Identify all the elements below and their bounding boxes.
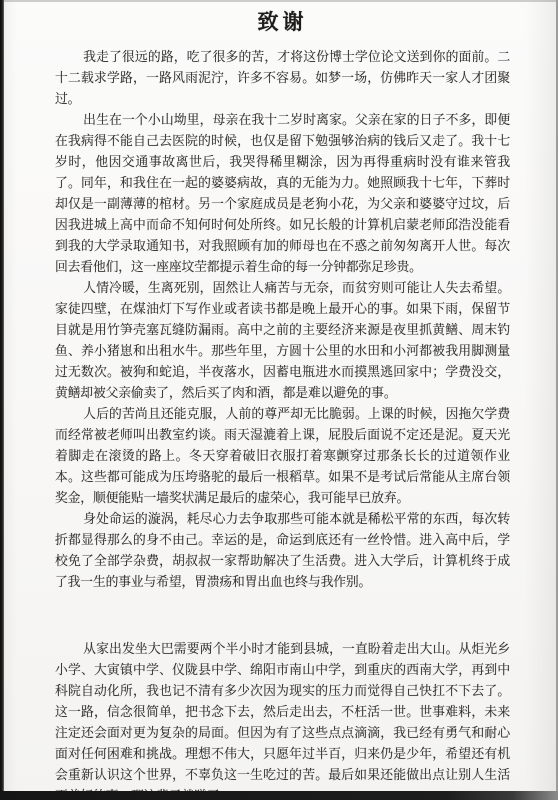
photo-top-edge	[0, 0, 558, 2]
photo-bottom-edge	[0, 791, 558, 800]
acknowledgement-paragraph-5: 身处命运的漩涡，耗尽心力去争取那些可能本就是稀松平常的东西，每次转折都显得那么的…	[55, 509, 510, 593]
photo-left-edge	[0, 0, 4, 800]
acknowledgement-paragraph-4: 人后的苦尚且还能克服，人前的尊严却无比脆弱。上课的时候，因拖欠学费而经常被老师叫…	[55, 404, 510, 509]
acknowledgement-paragraph-1: 我走了很远的路，吃了很多的苦，才将这份博士学位论文送到你的面前。二十二载求学路，…	[55, 47, 510, 110]
acknowledgement-section: 致谢 我走了很远的路，吃了很多的苦，才将这份博士学位论文送到你的面前。二十二载求…	[55, 4, 510, 800]
page-title: 致谢	[55, 6, 510, 36]
acknowledgement-paragraph-2: 出生在一个小山坳里，母亲在我十二岁时离家。父亲在家的日子不多，即便在我病得不能自…	[55, 110, 510, 278]
thesis-page-photo: 致谢 我走了很远的路，吃了很多的苦，才将这份博士学位论文送到你的面前。二十二载求…	[0, 0, 558, 800]
blank-gap	[55, 593, 510, 639]
acknowledgement-paragraph-3: 人情冷暖，生离死别，固然让人痛苦与无奈，而贫穷则可能让人失去希望。家徒四壁，在煤…	[55, 278, 510, 404]
acknowledgement-paragraph-6: 从家出发坐大巴需要两个半小时才能到县城，一直盼着走出大山。从炬光乡小学、大寅镇中…	[55, 639, 510, 800]
